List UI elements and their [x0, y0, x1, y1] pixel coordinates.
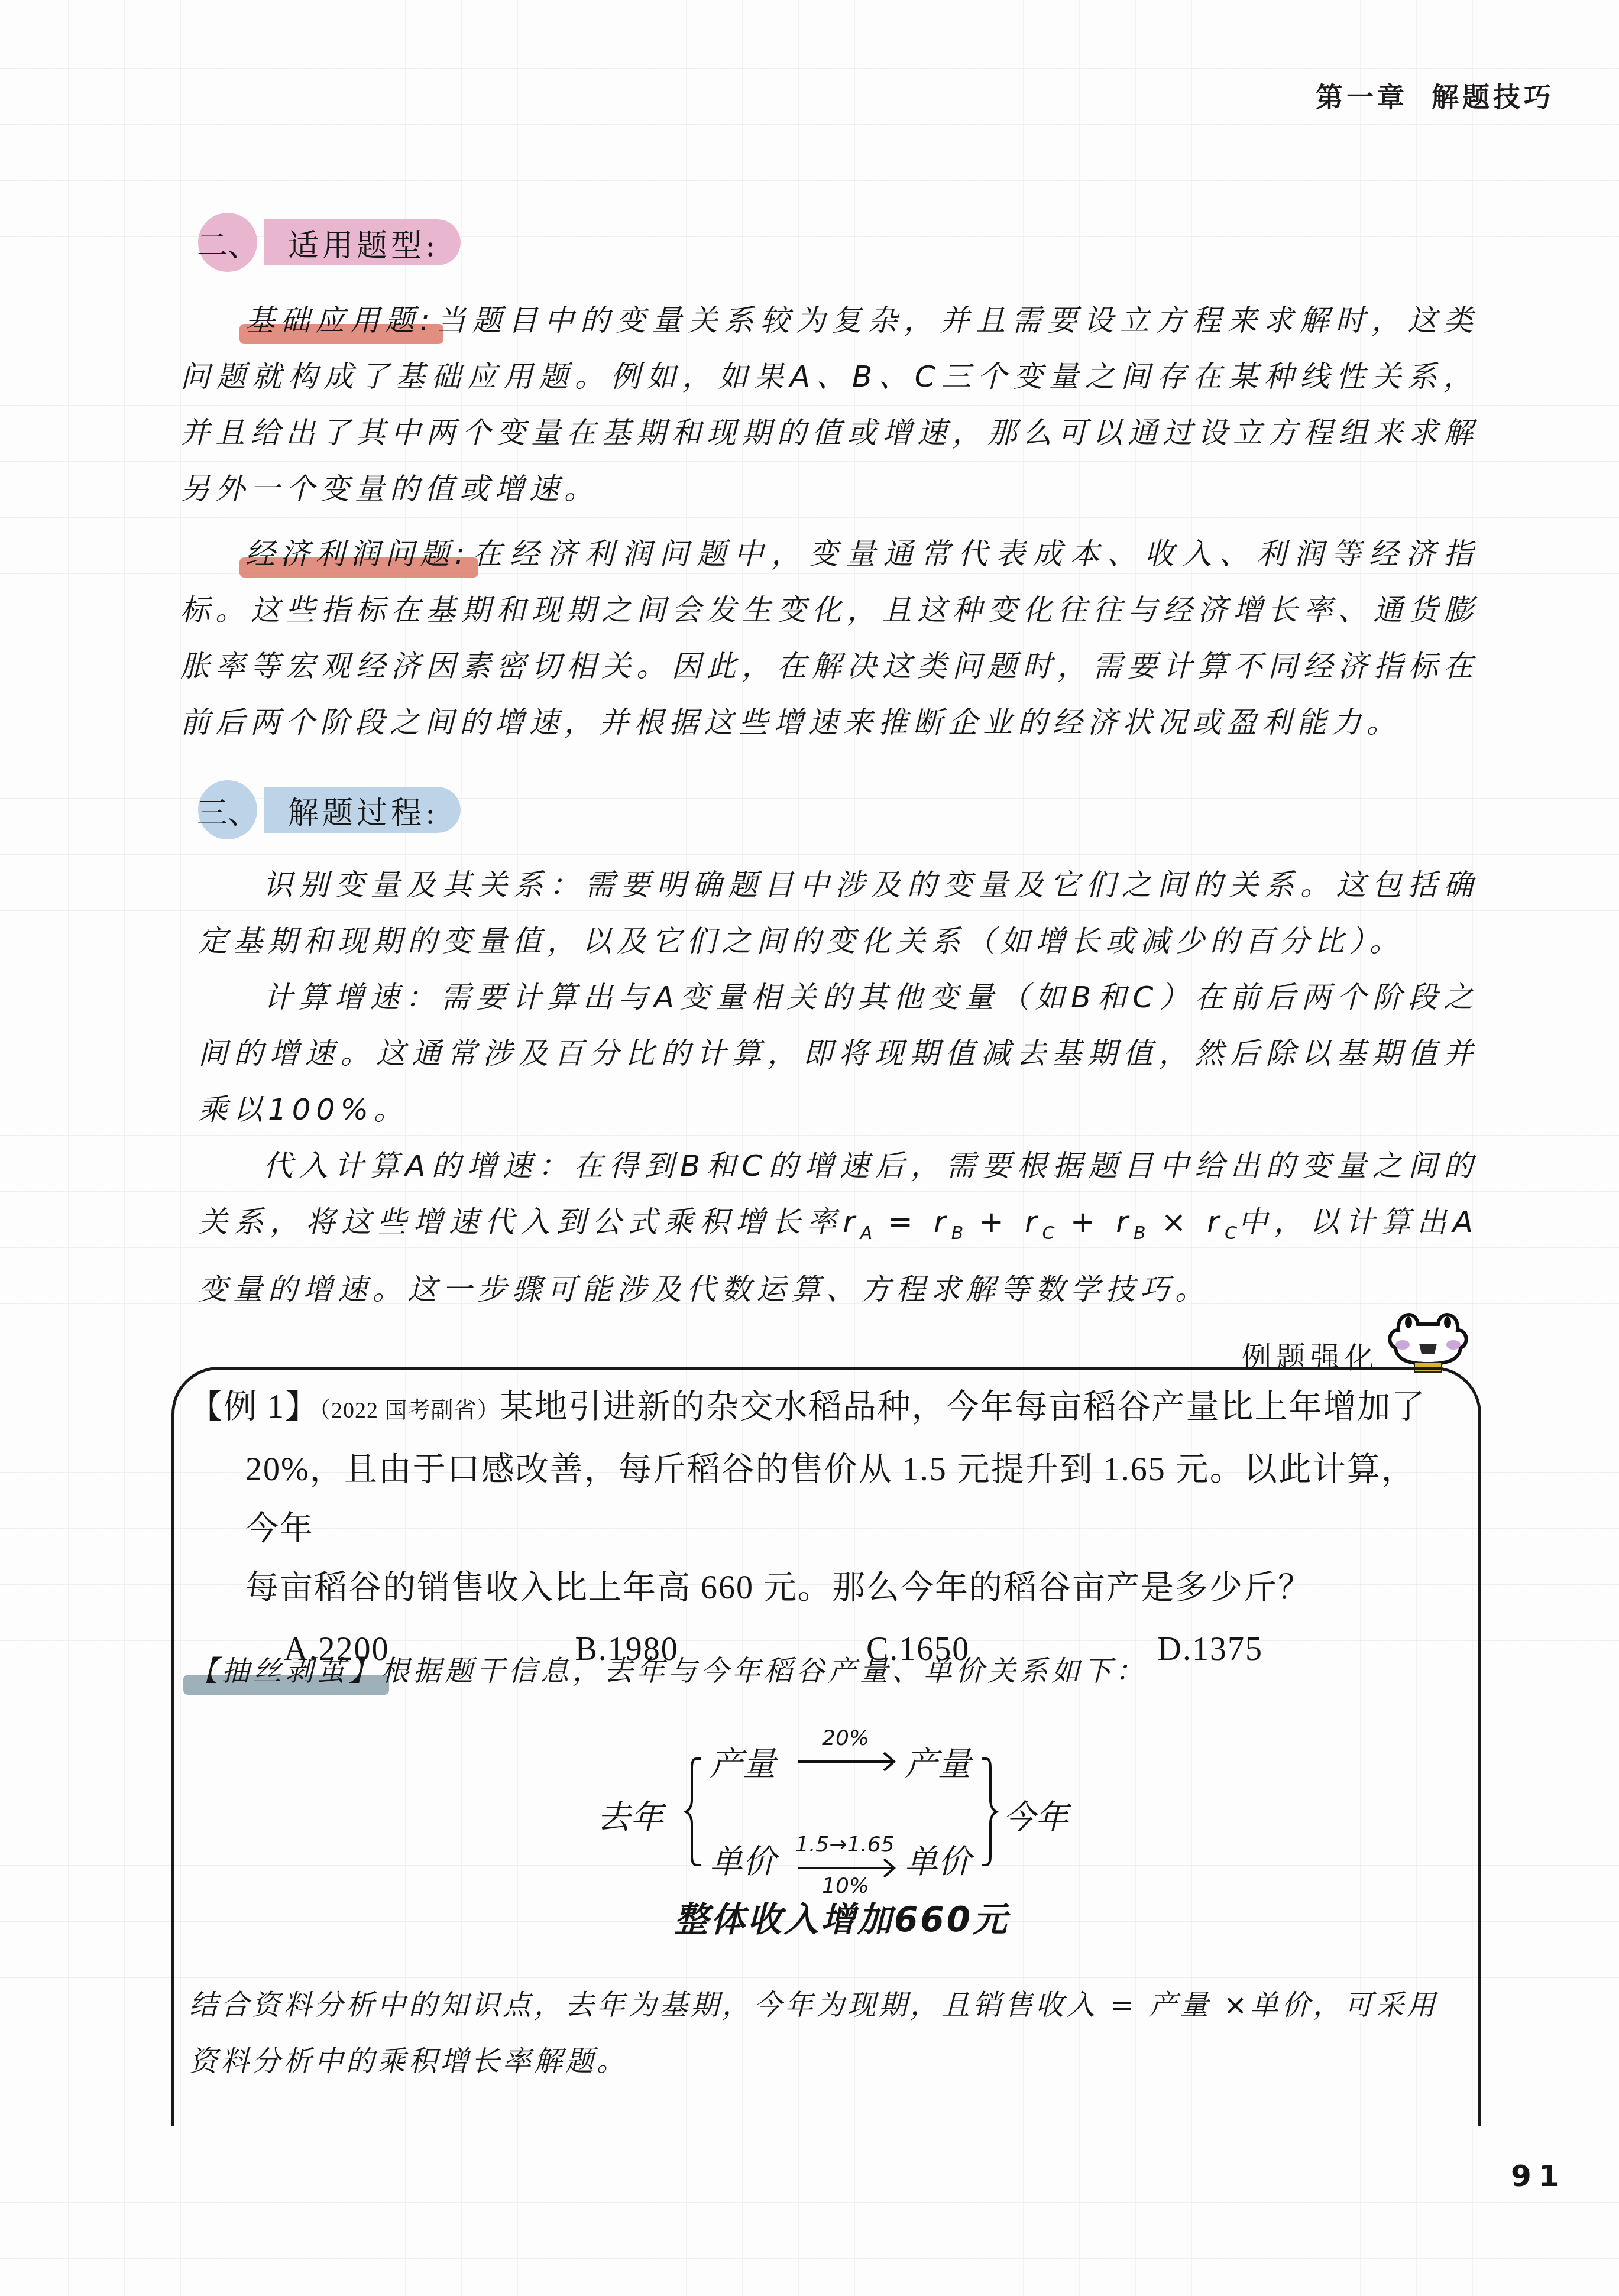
chapter-title: 解题技巧: [1432, 81, 1555, 113]
step-text: 识别变量及其关系：需要明确题目中涉及的变量及它们之间的关系。这包括确定基期和现期…: [198, 868, 1478, 958]
example-question-line-3: 每亩稻谷的销售收入比上年高 660 元。那么今年的稻谷亩产是多少斤？: [189, 1558, 1449, 1617]
paragraph-economic-profit: 经济利润问题:在经济利润问题中，变量通常代表成本、收入、利润等经济指标。这些指标…: [180, 526, 1478, 751]
page-number: 91: [1511, 2159, 1566, 2193]
step-text: 计算增速：需要计算出与A变量相关的其他变量（如B和C）在前后两个阶段之间的增速。…: [198, 980, 1478, 1127]
example-source: （2022 国考副省）: [319, 1398, 500, 1423]
diagram-price-last: 单价: [710, 1835, 776, 1883]
paragraph-basic-application: 基础应用题:当题目中的变量关系较为复杂，并且需要设立方程来求解时，这类问题就构成…: [180, 293, 1478, 517]
diagram-this-year: 今年: [1002, 1791, 1068, 1838]
diagram-price-this: 单价: [905, 1835, 971, 1883]
example-tag: 【例 1】: [189, 1389, 319, 1425]
diagram-price-change: 1.5→1.65: [795, 1833, 895, 1857]
example-question-line-1: 【例 1】（2022 国考副省）某地引进新的杂交水稻品种，今年每亩稻谷产量比上年…: [189, 1377, 1449, 1440]
example-question-line-2: 20%，且由于口感改善，每斤稻谷的售价从 1.5 元提升到 1.65 元。以此计…: [189, 1440, 1449, 1558]
section-label: 解题过程:: [264, 787, 461, 833]
analysis-intro: 【抽丝剥茧】根据题干信息，去年与今年稻谷产量、单价关系如下：: [189, 1643, 1461, 1700]
question-text: 某地引进新的杂交水稻品种，今年每亩稻谷产量比上年增加了: [500, 1389, 1426, 1425]
analysis-tag: 【抽丝剥茧】: [189, 1643, 381, 1700]
chapter-header: 第一章解题技巧: [1316, 76, 1555, 115]
diagram-output-this: 产量: [905, 1738, 971, 1785]
section-label: 适用题型:: [264, 219, 461, 265]
diagram-total-increase: 整体收入增加660元: [674, 1892, 1009, 1941]
growth-formula: rA = rB + rC + rB × rC: [843, 1205, 1237, 1239]
chapter-number: 第一章: [1316, 81, 1408, 113]
analysis-conclusion: 结合资料分析中的知识点，去年为基期，今年为现期，且销售收入 = 产量 ×单价，可…: [189, 1977, 1461, 2090]
section-title-solving-process: 三、 解题过程:: [198, 777, 461, 842]
section-number-badge: 三、: [198, 780, 257, 839]
step-substitute-formula: 代入计算A的增速：在得到B和C的增速后，需要根据题目中给出的变量之间的关系，将这…: [198, 1138, 1478, 1318]
highlighted-term: 基础应用题:: [245, 293, 435, 349]
highlighted-term: 经济利润问题:: [245, 526, 470, 582]
step-identify-variables: 识别变量及其关系：需要明确题目中涉及的变量及它们之间的关系。这包括确定基期和现期…: [198, 857, 1478, 969]
section-title-applicable-types: 二、 适用题型:: [198, 210, 461, 275]
diagram-output-last: 产量: [710, 1738, 776, 1785]
section-number-badge: 二、: [198, 213, 257, 272]
frog-mascot-icon: [1384, 1303, 1472, 1377]
analysis-text: 根据题干信息，去年与今年稻谷产量、单价关系如下：: [381, 1655, 1147, 1688]
example-1: 【例 1】（2022 国考副省）某地引进新的杂交水稻品种，今年每亩稻谷产量比上年…: [189, 1377, 1449, 1679]
diagram-output-growth: 20%: [822, 1726, 869, 1750]
example-banner: 例题强化: [1242, 1303, 1472, 1377]
relationship-diagram: 去年 产量 20% 产量 单价 1.5→1.65 10% 单价 今年 整体收入增…: [591, 1714, 1076, 1951]
step-compute-growth: 计算增速：需要计算出与A变量相关的其他变量（如B和C）在前后两个阶段之间的增速。…: [198, 969, 1478, 1138]
